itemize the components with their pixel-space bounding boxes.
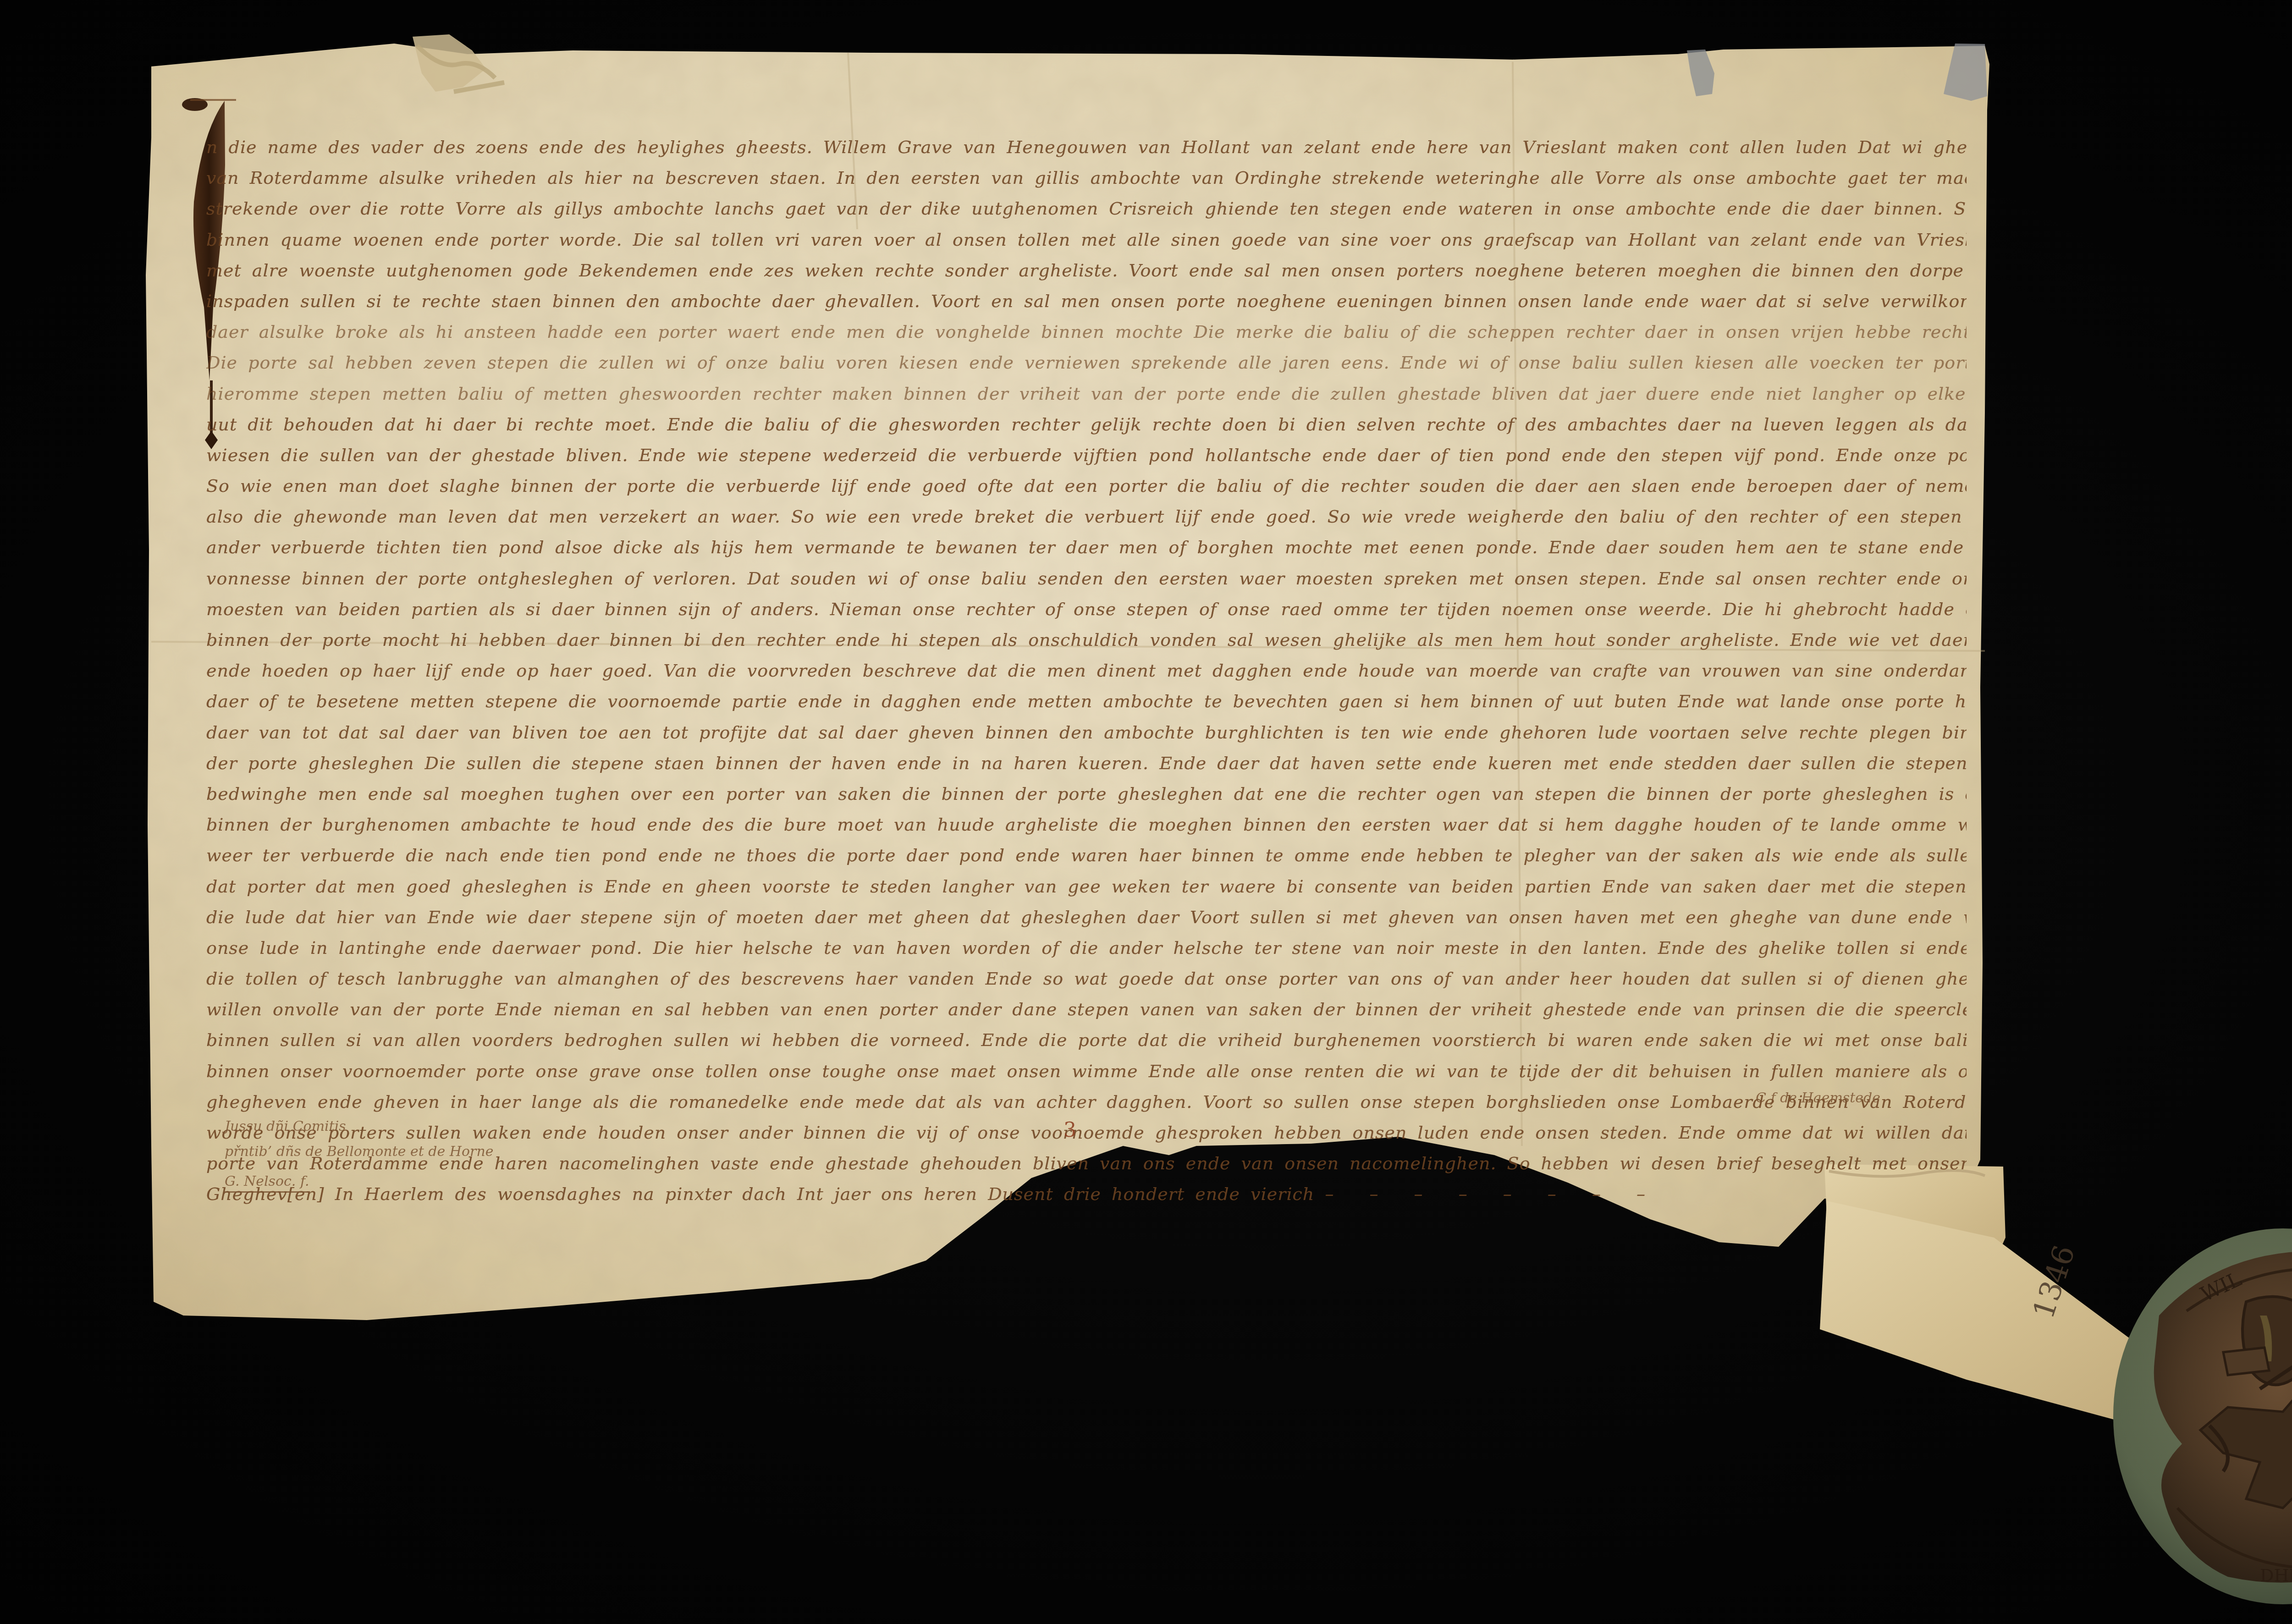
- text-line: der porte ghesleghen Die sullen die step…: [206, 748, 1967, 779]
- equestrian-seal-icon: WIL E DHEDO: [2109, 1215, 2292, 1609]
- text-line: wiesen die sullen van der ghestade blive…: [206, 440, 1967, 471]
- subscription-jussu: Jussu dñi Comitis: [225, 1118, 346, 1134]
- text-line: van Roterdamme alsulke vriheden als hier…: [206, 163, 1967, 193]
- closing-dashes: – – – – – – – –: [1325, 1184, 1658, 1204]
- text-line: binnen sullen si van allen voorders bedr…: [206, 1025, 1967, 1056]
- subscription-haemstede: C f de Haemstede: [1756, 1090, 1880, 1106]
- text-line: daer van tot dat sal daer van bliven toe…: [206, 717, 1967, 748]
- dating-clause: Gheghev[en] In Haerlem des woensdaghes n…: [206, 1184, 1314, 1204]
- text-line: n die name des vader des zoens ende des …: [206, 132, 1967, 163]
- text-line: hieromme stepen metten baliu of metten g…: [206, 379, 1967, 409]
- text-line: ander verbuerde tichten tien pond alsoe …: [206, 532, 1967, 563]
- text-line: weer ter verbuerde die nach ende tien po…: [206, 840, 1967, 871]
- subscription-scribe: G. Nelsoc. f.: [225, 1173, 309, 1189]
- text-line: ende hoeden op haer lijf ende op haer go…: [206, 655, 1967, 686]
- bottom-center-mark: 3: [1063, 1118, 1076, 1142]
- text-line: inspaden sullen si te rechte staen binne…: [206, 286, 1967, 317]
- background-stage: n die name des vader des zoens ende des …: [0, 0, 2292, 1624]
- text-line: die lude dat hier van Ende wie daer step…: [206, 902, 1967, 933]
- text-line: daer alsulke broke als hi ansteen hadde …: [206, 317, 1967, 347]
- text-line: binnen der porte mocht hi hebben daer bi…: [206, 625, 1967, 655]
- text-line: vonnesse binnen der porte ontghesleghen …: [206, 563, 1967, 594]
- wax-seal: WIL E DHEDO: [2109, 1215, 2292, 1609]
- svg-text:DHEDO: DHEDO: [2260, 1565, 2292, 1585]
- text-line: uut dit behouden dat hi daer bi rechte m…: [206, 409, 1967, 440]
- text-line: moesten van beiden partien als si daer b…: [206, 594, 1967, 625]
- text-line: strekende over die rotte Vorre als gilly…: [206, 193, 1967, 224]
- text-line: die tollen of tesch lanbrugghe van alman…: [206, 963, 1967, 994]
- text-line: onse lude in lantinghe ende daerwaer pon…: [206, 933, 1967, 963]
- text-line: daer of te besetene metten stepene die v…: [206, 686, 1967, 717]
- text-line: bedwinghe men ende sal moeghen tughen ov…: [206, 779, 1967, 809]
- text-line: ghegheven ende gheven in haer lange als …: [206, 1087, 1967, 1118]
- text-line: binnen der burghenomen ambachte te houd …: [206, 809, 1967, 840]
- text-line: binnen quame woenen ende porter worde. D…: [206, 225, 1967, 255]
- text-line: So wie enen man doet slaghe binnen der p…: [206, 471, 1967, 501]
- text-line: willen onvolle van der porte Ende nieman…: [206, 994, 1967, 1025]
- text-line: also die ghewonde man leven dat men verz…: [206, 501, 1967, 532]
- text-line: dat porter dat men goed ghesleghen is En…: [206, 871, 1967, 902]
- subscription-witnesses: přntib’ dñs de Bellomonte et de Horne: [225, 1144, 493, 1160]
- text-line-final: Gheghev[en] In Haerlem des woensdaghes n…: [206, 1179, 1967, 1210]
- charter-body-text: n die name des vader des zoens ende des …: [206, 132, 1967, 1210]
- text-line: Die porte sal hebben zeven stepen die zu…: [206, 347, 1967, 378]
- text-line: binnen onser voornoemder porte onse grav…: [206, 1056, 1967, 1087]
- text-line: met alre woenste uutghenomen gode Bekend…: [206, 255, 1967, 286]
